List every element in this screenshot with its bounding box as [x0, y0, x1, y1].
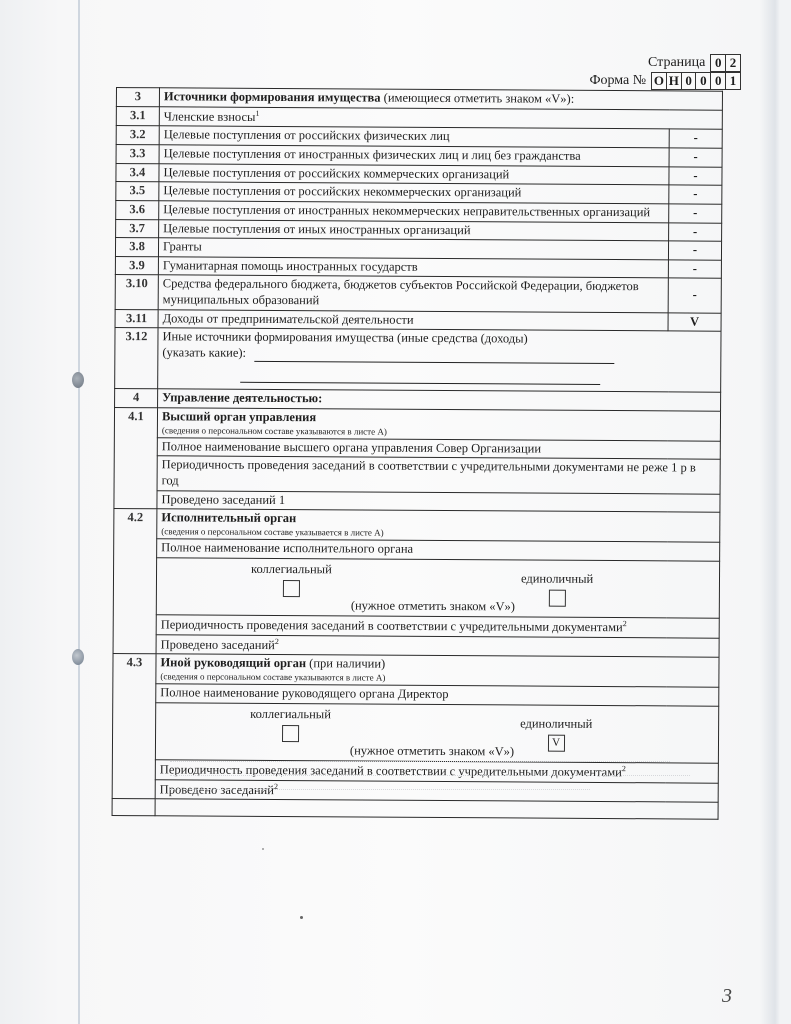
- scanned-page: Страница 0 2 Форма № О Н 0 0 0 1 3 Источ…: [0, 0, 791, 1024]
- periodicity-label: Периодичность проведения заседаний в соо…: [161, 617, 623, 634]
- handwritten-page-number: 3: [722, 985, 732, 1008]
- sole-choice: единоличный: [521, 571, 593, 607]
- row-number: 4.2: [113, 509, 157, 654]
- scan-speck: [300, 916, 303, 919]
- collegial-checkbox[interactable]: [283, 580, 300, 597]
- type-choice-cell: коллегиальный единоличный (нужное отмети…: [156, 558, 719, 618]
- table-row: 4.2 Исполнительный орган (сведения о пер…: [114, 509, 720, 543]
- form-digit: 0: [681, 72, 697, 90]
- punch-hole-icon: [72, 372, 84, 388]
- section-title-bold: Источники формирования имущества: [164, 89, 381, 104]
- form-digit: 1: [725, 72, 741, 90]
- page-digit: 2: [725, 54, 741, 72]
- sole-label: единоличный: [521, 571, 593, 587]
- row-mark[interactable]: -: [669, 167, 722, 186]
- collegial-choice: коллегиальный: [251, 562, 332, 598]
- binder-fold-line: [78, 0, 80, 1024]
- row-number: 3.10: [115, 275, 158, 310]
- row-number: 3.4: [116, 163, 159, 182]
- row-number: 3.11: [115, 309, 158, 328]
- row-label-text: Членские взносы: [164, 109, 256, 124]
- row-mark[interactable]: -: [669, 129, 722, 148]
- row-mark[interactable]: -: [669, 185, 722, 204]
- table-row: коллегиальный единоличный (нужное отмети…: [113, 557, 719, 618]
- subsection-title-cell: Исполнительный орган (сведения о персона…: [157, 509, 720, 542]
- sole-checkbox[interactable]: [548, 590, 565, 607]
- row-number: 3.1: [116, 106, 159, 126]
- specify-input-line-2[interactable]: [240, 369, 600, 384]
- row-mark[interactable]: -: [668, 241, 721, 260]
- row-label: Средства федерального бюджета, бюджетов …: [158, 275, 668, 312]
- scan-speck: [262, 848, 264, 850]
- other-sources-cell: Иные источники формирования имущества (и…: [158, 328, 721, 392]
- footnote-ref: 2: [275, 637, 279, 646]
- row-mark[interactable]: -: [669, 204, 722, 223]
- row-number: 4.1: [114, 407, 158, 509]
- page-number-row: Страница 0 2: [589, 54, 741, 72]
- collegial-label: коллегиальный: [250, 707, 331, 723]
- collegial-checkbox[interactable]: [282, 725, 299, 742]
- sole-choice: единоличный V: [520, 716, 592, 752]
- page-label: Страница: [648, 55, 705, 71]
- row-mark[interactable]: -: [668, 278, 721, 313]
- form-label: Форма №: [589, 73, 646, 89]
- form-digit: Н: [666, 72, 682, 90]
- punch-hole-icon: [72, 649, 84, 665]
- collegial-choice: коллегиальный: [250, 707, 331, 743]
- table-row-empty: [112, 799, 718, 820]
- row-number: 3.6: [116, 200, 159, 219]
- form-digit: О: [651, 72, 667, 90]
- row-number: 3: [116, 88, 159, 107]
- subsection-title-rest: (при наличии): [306, 657, 385, 671]
- collegial-label: коллегиальный: [251, 562, 332, 578]
- periodicity-field[interactable]: Периодичность проведения заседаний в соо…: [157, 456, 720, 494]
- subsection-title-cell: Иной руководящий орган (при наличии) (св…: [156, 654, 719, 687]
- row-mark[interactable]: -: [669, 148, 722, 167]
- row-mark[interactable]: -: [668, 260, 721, 279]
- form-table: 3 Источники формирования имущества (имею…: [112, 87, 723, 820]
- table-row: Периодичность проведения заседаний в соо…: [114, 456, 720, 494]
- form-digit: 0: [695, 72, 711, 90]
- form-digit: 0: [710, 72, 726, 90]
- subsection-title-cell: Высший орган управления (сведения о перс…: [157, 408, 720, 441]
- specify-input-line-1[interactable]: [254, 348, 614, 363]
- table-row: 4.3 Иной руководящий орган (при наличии)…: [113, 654, 719, 688]
- page-digit: 0: [710, 54, 726, 72]
- empty-cell: [155, 799, 718, 819]
- row-number: 4.3: [112, 654, 156, 799]
- row-number: 3.5: [116, 182, 159, 201]
- row-number: 3.8: [115, 238, 158, 257]
- row-number: 3.2: [116, 126, 159, 145]
- empty-cell: [112, 799, 155, 816]
- form-number-row: Форма № О Н 0 0 0 1: [589, 72, 741, 90]
- form-header: Страница 0 2 Форма № О Н 0 0 0 1: [589, 54, 741, 90]
- row-number: 4: [115, 389, 158, 408]
- sole-label: единоличный: [520, 716, 592, 732]
- table-row: 4.1 Высший орган управления (сведения о …: [114, 407, 720, 441]
- form-table-wrap: 3 Источники формирования имущества (имею…: [112, 87, 723, 820]
- bleed-through-text: [170, 748, 710, 790]
- meetings-label: Проведено заседаний: [161, 637, 275, 652]
- specify-label: (указать какие):: [162, 345, 246, 360]
- footnote-ref: 2: [623, 619, 627, 628]
- row-mark[interactable]: -: [669, 222, 722, 241]
- row-mark[interactable]: V: [668, 313, 721, 332]
- section-title-rest: (имеющиеся отметить знаком «V»):: [381, 91, 575, 106]
- table-row: 3.10 Средства федерального бюджета, бюдж…: [115, 275, 721, 313]
- footnote-ref: 1: [255, 108, 259, 117]
- form-number-cells: О Н 0 0 0 1: [652, 72, 741, 90]
- row-number: 3.12: [115, 328, 158, 389]
- table-row-other-sources: 3.12 Иные источники формирования имущест…: [115, 328, 721, 393]
- page-number-cells: 0 2: [711, 54, 741, 72]
- row-number: 3.9: [115, 256, 158, 275]
- subsection-title: Иной руководящий орган: [160, 656, 306, 671]
- choice-note: (нужное отметить знаком «V»): [351, 598, 515, 615]
- row-number: 3.3: [116, 145, 159, 164]
- row-number: 3.7: [116, 219, 159, 238]
